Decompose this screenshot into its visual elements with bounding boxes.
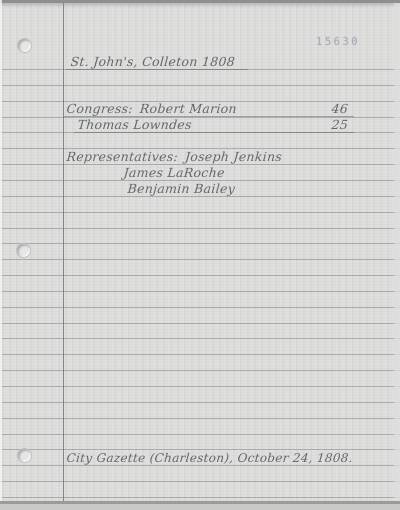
ruled-line — [0, 338, 400, 339]
ruled-line — [0, 402, 400, 403]
ruled-line — [0, 465, 400, 466]
congress-label: Congress: — [66, 102, 133, 116]
page-title: St. John's, Colleton 1808 — [70, 55, 236, 69]
ruled-line — [0, 434, 400, 435]
congress-candidate-name: Thomas Lowndes — [77, 117, 193, 132]
representative-name: Benjamin Bailey — [127, 182, 236, 196]
ruled-line — [0, 370, 400, 371]
scan-edge-bottom — [0, 501, 400, 504]
margin-line — [63, 3, 64, 502]
ruled-line — [0, 259, 400, 260]
ruled-line — [0, 418, 400, 419]
ruled-line — [0, 243, 400, 244]
punch-hole-bottom — [17, 448, 32, 463]
representative-name: Joseph Jenkins — [184, 150, 282, 164]
scan-edge-top-shadow — [0, 3, 400, 8]
congress-underline-2 — [74, 132, 354, 133]
ruled-line — [0, 275, 400, 276]
ruled-line — [0, 291, 400, 292]
punch-hole-top — [17, 38, 32, 53]
ruled-line — [0, 386, 400, 387]
ruled-line — [0, 497, 400, 498]
ruled-line — [0, 323, 400, 324]
title-underline — [66, 69, 248, 70]
ruled-line — [0, 307, 400, 308]
congress-row: Congress: Robert Marion — [66, 102, 238, 116]
congress-candidate-name: Robert Marion — [139, 102, 237, 116]
representative-name: James LaRoche — [123, 166, 225, 180]
ruled-line — [0, 481, 400, 482]
punch-hole-middle — [16, 243, 31, 258]
ruled-line — [0, 228, 400, 229]
congress-vote-count: 46 — [331, 102, 349, 116]
scan-edge-right — [394, 3, 400, 501]
scan-edge-left — [0, 0, 2, 504]
citation-line: City Gazette (Charleston), October 24, 1… — [66, 451, 353, 465]
ruled-line — [0, 212, 400, 213]
ruled-line — [0, 354, 400, 355]
congress-row: Thomas Lowndes — [77, 118, 192, 132]
paper-sheet: 15630 St. John's, Colleton 1808 Congress… — [0, 0, 400, 504]
ruled-line — [0, 85, 400, 86]
page-stamp-number: 15630 — [316, 36, 360, 48]
scanned-page: 15630 St. John's, Colleton 1808 Congress… — [0, 0, 400, 510]
representatives-label: Representatives: — [66, 150, 179, 164]
congress-vote-count: 25 — [331, 118, 349, 132]
representatives-row: Representatives: Joseph Jenkins — [66, 150, 283, 164]
